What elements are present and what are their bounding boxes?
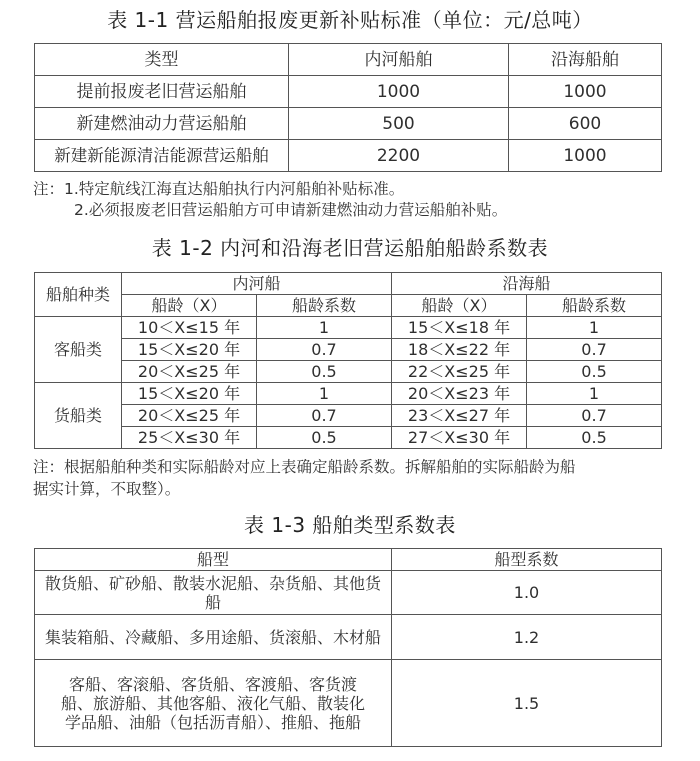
inland-age: 15＜X≤20 年: [122, 339, 257, 361]
table-row: 货船类 15＜X≤20 年 1 20＜X≤23 年 1: [35, 383, 662, 405]
coastal-age: 27＜X≤30 年: [392, 427, 527, 449]
row-type: 新建新能源清洁能源营运船舶: [35, 140, 289, 172]
coastal-coef: 0.5: [527, 427, 662, 449]
inland-coef: 1: [257, 317, 392, 339]
row-type: 新建燃油动力营运船舶: [35, 108, 289, 140]
table-header-row: 船舶种类 内河船 沿海船: [35, 273, 662, 295]
coastal-age: 20＜X≤23 年: [392, 383, 527, 405]
ship-types: 散货船、矿砂船、散装水泥船、杂货船、其他货船: [35, 571, 392, 615]
table2-note-line2: 据实计算，不取整）。: [33, 479, 180, 499]
table-row: 客船类 10＜X≤15 年 1 15＜X≤18 年 1: [35, 317, 662, 339]
table3-title: 表 1-3 船舶类型系数表: [0, 512, 700, 538]
table-row: 25＜X≤30 年 0.5 27＜X≤30 年 0.5: [35, 427, 662, 449]
inland-age: 15＜X≤20 年: [122, 383, 257, 405]
table-row: 新建燃油动力营运船舶 500 600: [35, 108, 662, 140]
coastal-coef: 0.7: [527, 339, 662, 361]
table-row: 集装箱船、冷藏船、多用途船、货滚船、木材船 1.2: [35, 615, 662, 660]
coastal-age: 18＜X≤22 年: [392, 339, 527, 361]
header-inland-coef: 船龄系数: [257, 295, 392, 317]
row-type: 提前报废老旧营运船舶: [35, 76, 289, 108]
coastal-coef: 1: [527, 383, 662, 405]
table1-note-1: 注：1.特定航线江海直达船舶执行内河船舶补贴标准。: [33, 179, 404, 199]
table-row: 20＜X≤25 年 0.7 23＜X≤27 年 0.7: [35, 405, 662, 427]
table-row: 客船、客滚船、客货船、客渡船、客货渡船、旅游船、其他客船、液化气船、散装化学品船…: [35, 660, 662, 747]
ship-age-coefficient-table: 船舶种类 内河船 沿海船 船龄（X） 船龄系数 船龄（X） 船龄系数 客船类 1…: [34, 272, 662, 449]
header-inland-age: 船龄（X）: [122, 295, 257, 317]
row-inland-value: 1000: [289, 76, 509, 108]
table-row: 15＜X≤20 年 0.7 18＜X≤22 年 0.7: [35, 339, 662, 361]
header-ship-type: 船型: [35, 549, 392, 571]
inland-coef: 1: [257, 383, 392, 405]
table-header-row: 船型 船型系数: [35, 549, 662, 571]
inland-age: 20＜X≤25 年: [122, 405, 257, 427]
row-inland-value: 500: [289, 108, 509, 140]
ship-type-coefficient-table: 船型 船型系数 散货船、矿砂船、散装水泥船、杂货船、其他货船 1.0 集装箱船、…: [34, 548, 662, 747]
table-row: 散货船、矿砂船、散装水泥船、杂货船、其他货船 1.0: [35, 571, 662, 615]
table1-note-2: 2.必须报废老旧营运船舶方可申请新建燃油动力营运船舶补贴。: [74, 200, 507, 220]
header-coastal-coef: 船龄系数: [527, 295, 662, 317]
coastal-coef: 0.5: [527, 361, 662, 383]
coastal-age: 23＜X≤27 年: [392, 405, 527, 427]
inland-age: 20＜X≤25 年: [122, 361, 257, 383]
table1-title: 表 1-1 营运船舶报废更新补贴标准（单位：元/总吨）: [0, 7, 700, 33]
type-coef: 1.0: [392, 571, 662, 615]
header-type: 类型: [35, 44, 289, 76]
table-header-row: 类型 内河船舶 沿海船舶: [35, 44, 662, 76]
header-coastal-age: 船龄（X）: [392, 295, 527, 317]
ship-types: 客船、客滚船、客货船、客渡船、客货渡船、旅游船、其他客船、液化气船、散装化学品船…: [35, 660, 392, 747]
row-coastal-value: 1000: [509, 140, 662, 172]
type-coef: 1.2: [392, 615, 662, 660]
header-coastal: 沿海船舶: [509, 44, 662, 76]
header-coastal: 沿海船: [392, 273, 662, 295]
subsidy-standard-table: 类型 内河船舶 沿海船舶 提前报废老旧营运船舶 1000 1000 新建燃油动力…: [34, 43, 662, 172]
table-row: 20＜X≤25 年 0.5 22＜X≤25 年 0.5: [35, 361, 662, 383]
inland-coef: 0.7: [257, 339, 392, 361]
table-row: 新建新能源清洁能源营运船舶 2200 1000: [35, 140, 662, 172]
coastal-coef: 0.7: [527, 405, 662, 427]
coastal-age: 22＜X≤25 年: [392, 361, 527, 383]
inland-coef: 0.5: [257, 427, 392, 449]
inland-coef: 0.5: [257, 361, 392, 383]
group-passenger: 客船类: [35, 317, 122, 383]
inland-coef: 0.7: [257, 405, 392, 427]
header-ship-type: 船舶种类: [35, 273, 122, 317]
inland-age: 10＜X≤15 年: [122, 317, 257, 339]
table2-title: 表 1-2 内河和沿海老旧营运船舶船龄系数表: [0, 235, 700, 261]
row-coastal-value: 600: [509, 108, 662, 140]
header-inland: 内河船: [122, 273, 392, 295]
table-row: 提前报废老旧营运船舶 1000 1000: [35, 76, 662, 108]
header-inland: 内河船舶: [289, 44, 509, 76]
ship-types: 集装箱船、冷藏船、多用途船、货滚船、木材船: [35, 615, 392, 660]
group-cargo: 货船类: [35, 383, 122, 449]
type-coef: 1.5: [392, 660, 662, 747]
header-type-coef: 船型系数: [392, 549, 662, 571]
table-subheader-row: 船龄（X） 船龄系数 船龄（X） 船龄系数: [35, 295, 662, 317]
row-coastal-value: 1000: [509, 76, 662, 108]
inland-age: 25＜X≤30 年: [122, 427, 257, 449]
coastal-age: 15＜X≤18 年: [392, 317, 527, 339]
table2-note-line1: 注：根据船舶种类和实际船龄对应上表确定船龄系数。拆解船舶的实际船龄为船: [33, 457, 576, 477]
row-inland-value: 2200: [289, 140, 509, 172]
coastal-coef: 1: [527, 317, 662, 339]
